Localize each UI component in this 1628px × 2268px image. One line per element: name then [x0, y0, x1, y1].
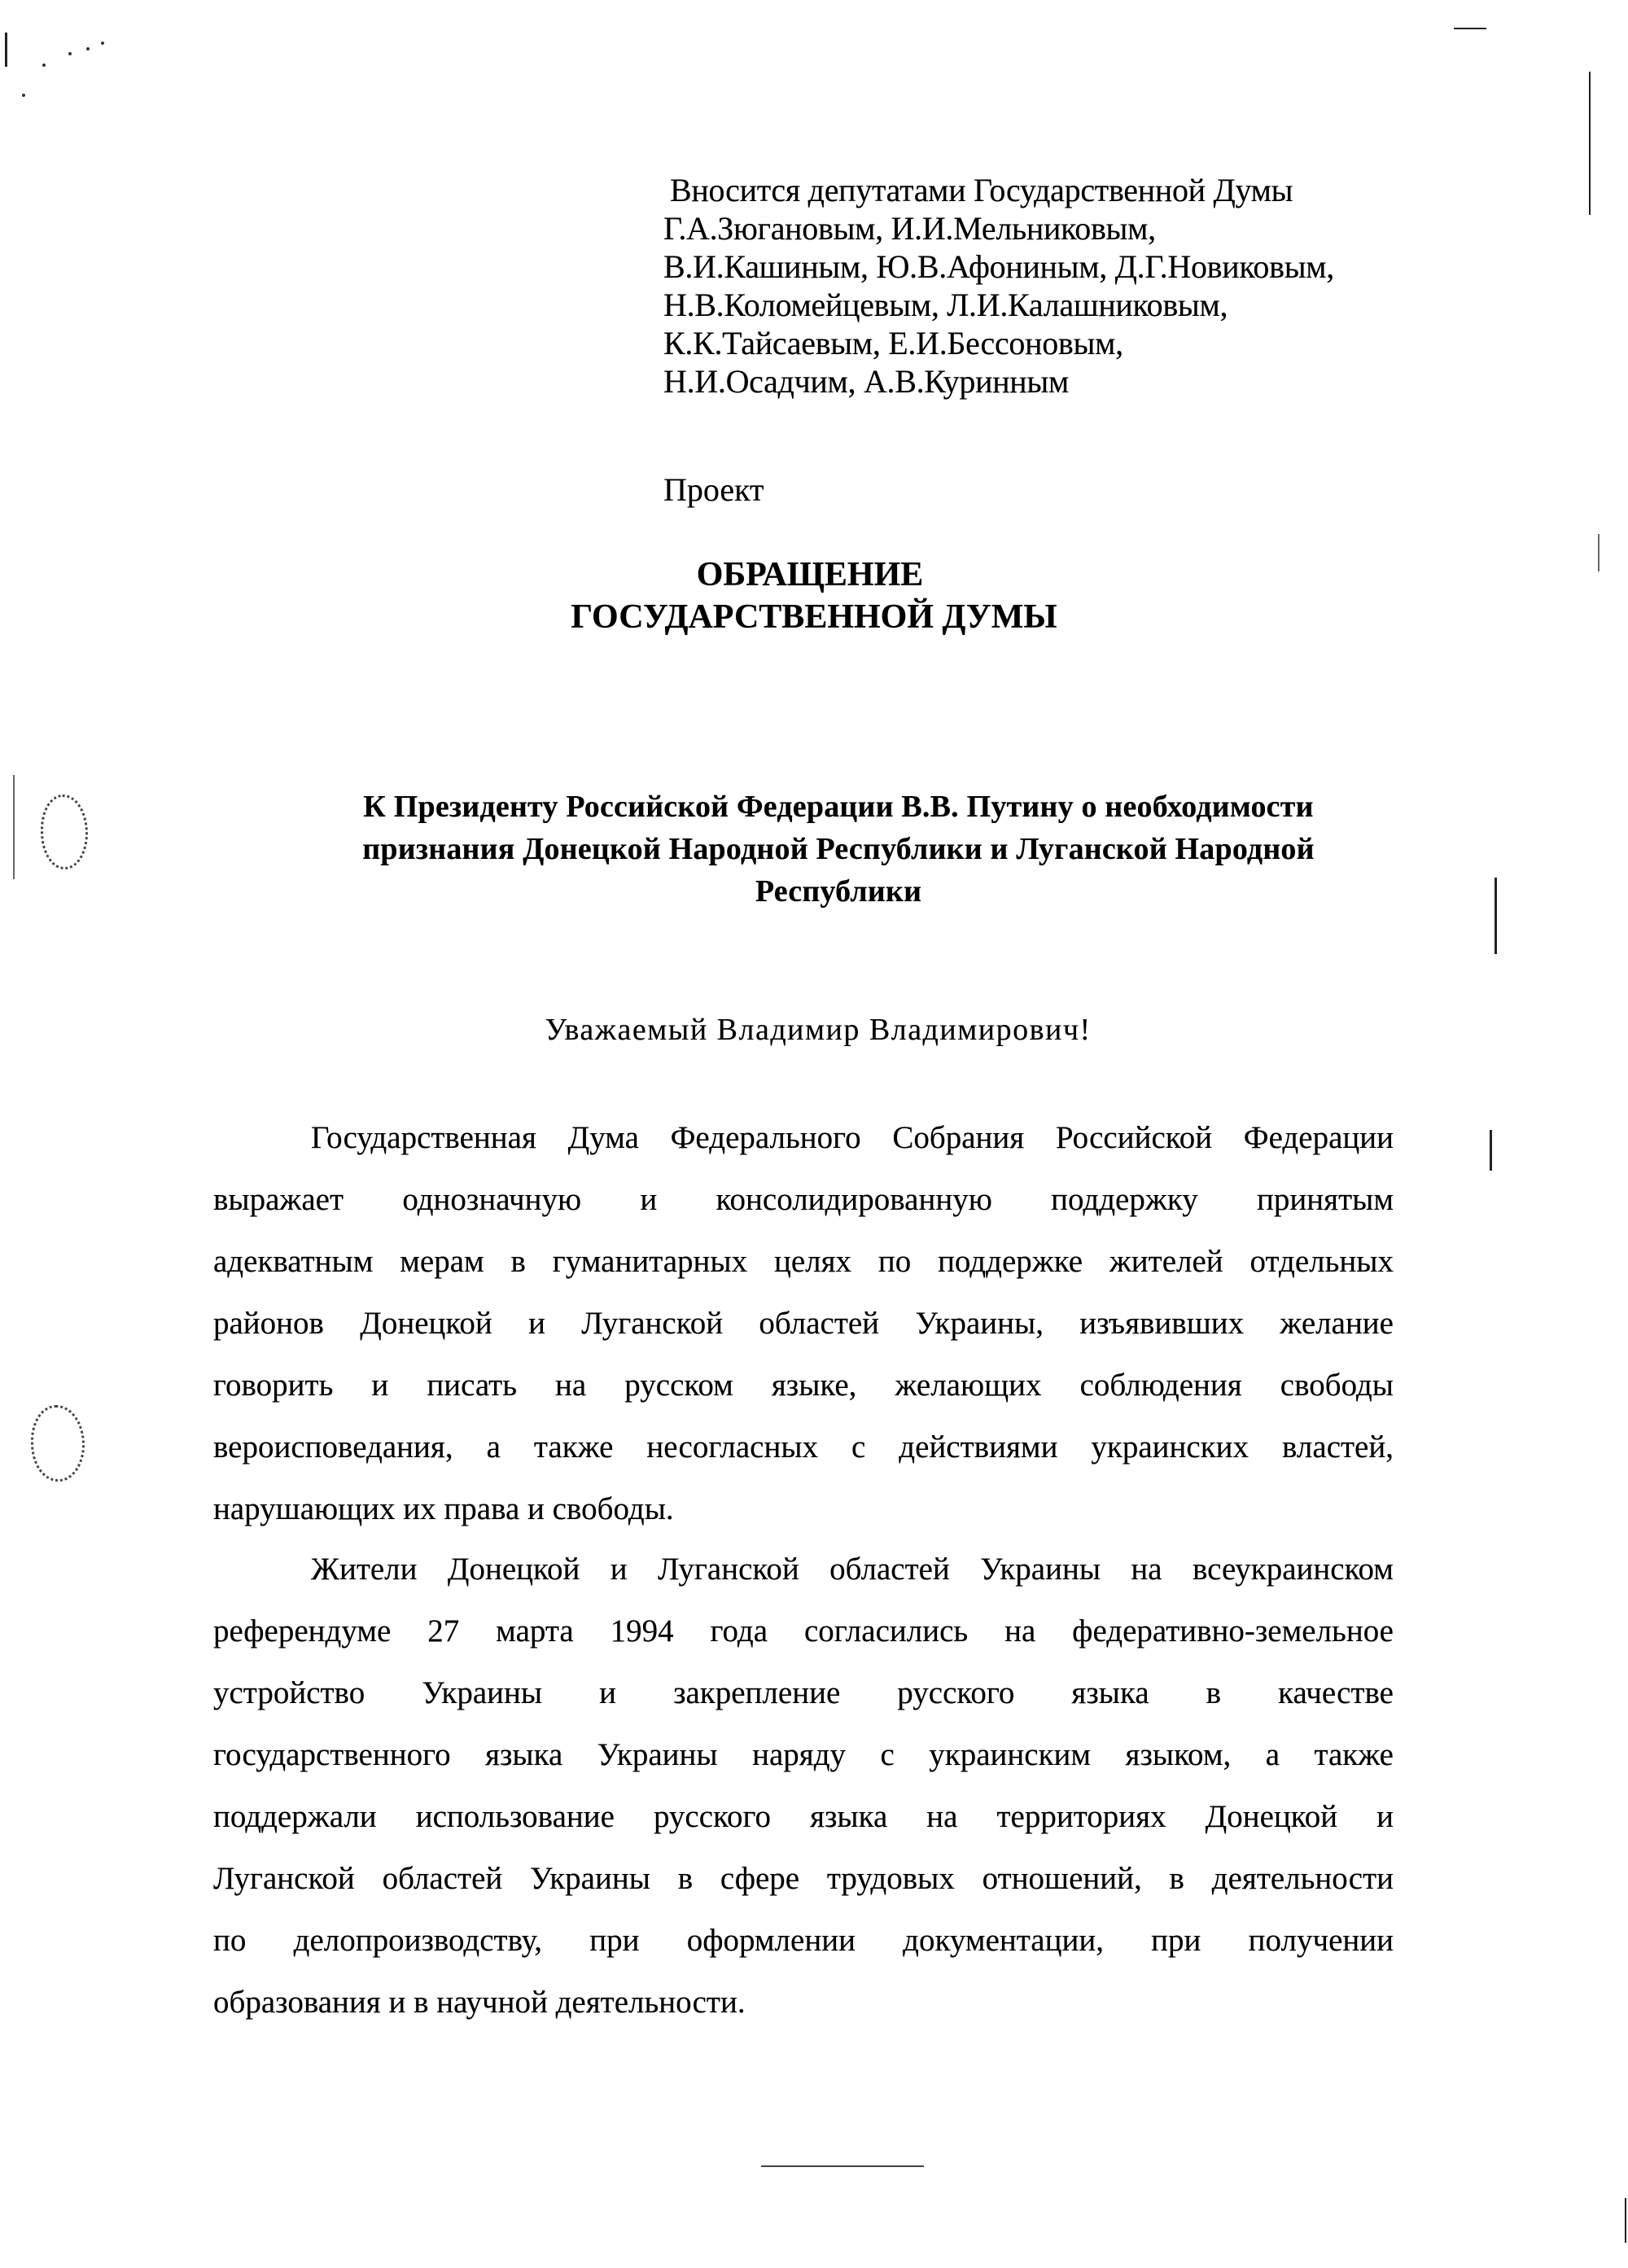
- scan-speck: [86, 47, 90, 50]
- punch-hole-upper: [41, 795, 88, 869]
- scan-speck: [42, 63, 46, 67]
- paragraph-line: образования и в научной деятельности.: [213, 1972, 1394, 2034]
- submitted-by-line: Г.А.Зюгановым, И.И.Мельниковым,: [663, 209, 1334, 247]
- paragraph-line: выражает однозначную и консолидированную…: [213, 1169, 1394, 1231]
- scan-mark-right-edge-line: [1495, 878, 1497, 954]
- salutation: Уважаемый Владимир Владимирович!: [0, 1012, 1628, 1048]
- paragraph-1: Государственная Дума Федерального Собран…: [213, 1107, 1394, 1540]
- paragraph-line: адекватным мерам в гуманитарных целях по…: [213, 1231, 1394, 1293]
- subject-line: Республики: [269, 870, 1408, 913]
- paragraph-line: поддержали использование русского языка …: [213, 1786, 1394, 1848]
- punch-hole-lower: [31, 1405, 85, 1482]
- scan-mark-left-edge-line: [13, 775, 15, 879]
- paragraph-line: референдуме 27 марта 1994 года согласили…: [213, 1600, 1394, 1662]
- scan-mark-top-left-line: [5, 33, 7, 67]
- document-title-line-2: ГОСУДАРСТВЕННОЙ ДУМЫ: [0, 596, 1628, 638]
- paragraph-line: устройство Украины и закрепление русског…: [213, 1662, 1394, 1724]
- paragraph-2: Жители Донецкой и Луганской областей Укр…: [213, 1539, 1394, 2034]
- submitted-by-line: Вносится депутатами Государственной Думы: [663, 171, 1334, 209]
- paragraph-line: районов Донецкой и Луганской областей Ук…: [213, 1293, 1394, 1355]
- subject-line: К Президенту Российской Федерации В.В. П…: [269, 786, 1408, 828]
- submitted-by-line: К.К.Тайсаевым, Е.И.Бессоновым,: [663, 324, 1334, 362]
- scan-speck: [68, 52, 72, 55]
- scan-mark-right-edge-line: [1589, 72, 1591, 215]
- submitted-by-line: Н.В.Коломейцевым, Л.И.Калашниковым,: [663, 286, 1334, 324]
- submitted-by-line: В.И.Кашиным, Ю.В.Афониным, Д.Г.Новиковым…: [663, 247, 1334, 286]
- scan-mark-top-right-dash: [1454, 28, 1486, 29]
- paragraph-line: нарушающих их права и свободы.: [213, 1478, 1394, 1540]
- document-subject: К Президенту Российской Федерации В.В. П…: [269, 786, 1408, 913]
- paragraph-line: Государственная Дума Федерального Собран…: [213, 1107, 1394, 1169]
- scan-mark-bottom-right-edge: [1625, 2198, 1626, 2243]
- subject-line: признания Донецкой Народной Республики и…: [269, 828, 1408, 870]
- paragraph-line: Жители Донецкой и Луганской областей Укр…: [213, 1539, 1394, 1600]
- scan-mark-right-edge-line: [1490, 1130, 1492, 1171]
- paragraph-line: Луганской областей Украины в сфере трудо…: [213, 1848, 1394, 1910]
- scan-speck: [22, 94, 25, 97]
- paragraph-line: говорить и писать на русском языке, жела…: [213, 1355, 1394, 1416]
- document-title: ОБРАЩЕНИЕ ГОСУДАРСТВЕННОЙ ДУМЫ: [0, 554, 1628, 638]
- scanned-document-page: Вносится депутатами Государственной Думы…: [0, 0, 1628, 2268]
- submitted-by-block: Вносится депутатами Государственной Думы…: [663, 171, 1334, 401]
- submitted-by-line: Н.И.Осадчим, А.В.Куринным: [663, 362, 1334, 401]
- draft-label: Проект: [663, 471, 764, 509]
- paragraph-line: по делопроизводству, при оформлении доку…: [213, 1910, 1394, 1972]
- paragraph-line: вероисповедания, а также несогласных с д…: [213, 1416, 1394, 1478]
- document-title-line-1: ОБРАЩЕНИЕ: [0, 554, 1628, 596]
- scan-speck: [101, 42, 104, 45]
- paragraph-line: государственного языка Украины наряду с …: [213, 1724, 1394, 1786]
- scan-mark-bottom-rule: [761, 2165, 924, 2167]
